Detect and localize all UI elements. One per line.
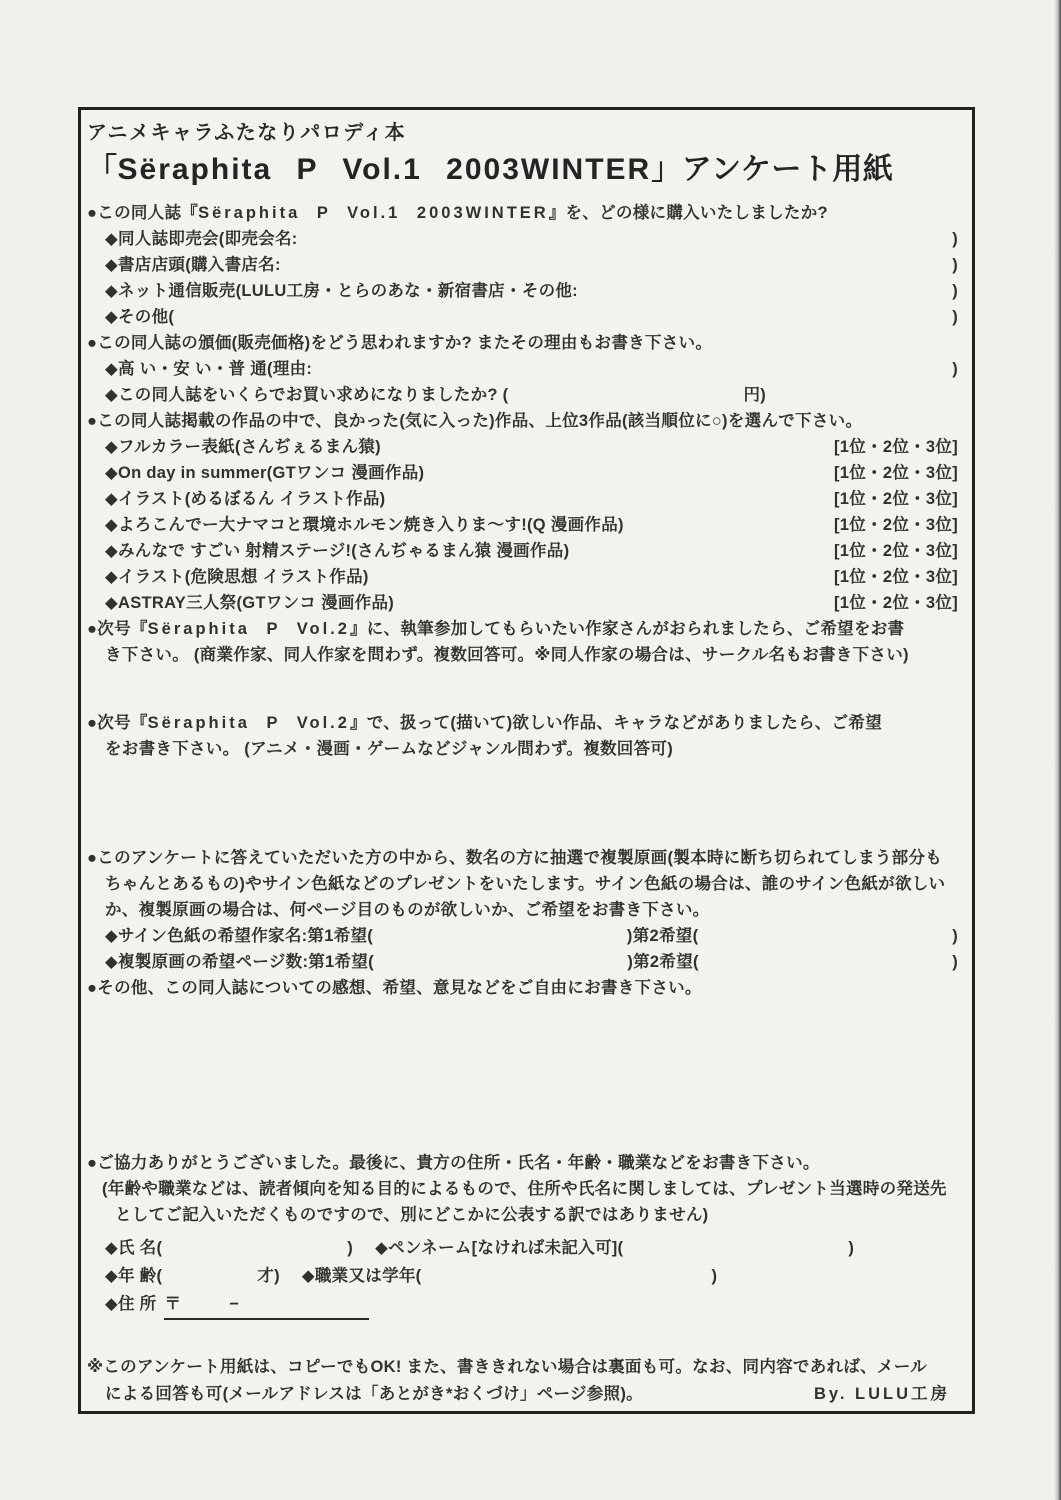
address-label: ◆住 所 — [105, 1295, 156, 1313]
q-next-works-line2: をお書き下さい。 (アニメ・漫画・ゲームなどジャンル問わず。複数回答可) — [87, 736, 958, 762]
q-present-line2: ちゃんとあるもの)やサイン色紙などのプレゼントをいたします。サイン色紙の場合は、… — [87, 871, 958, 897]
present-art-second: )第2希望( — [627, 949, 698, 975]
work-label: ◆よろこんでー大ナマコと環境ホルモン焼き入りま〜す!(Q 漫画作品) — [105, 512, 624, 538]
purchase-option-bookstore: ◆書店店頭(購入書店名: ) — [87, 252, 958, 278]
header-small: アニメキャラふたなりパロディ本 — [87, 118, 958, 148]
option-close-paren: ) — [952, 252, 958, 278]
q-next-authors-latin: Sëraphita P Vol.2 — [148, 620, 350, 638]
q-price-question: ●この同人誌の頒価(販売価格)をどう思われますか? またその理由もお書き下さい。 — [87, 330, 958, 356]
present-art-label: ◆複製原画の希望ページ数:第1希望( — [105, 949, 374, 975]
price-choice-row: ◆高 い・安 い・普 通(理由: ) — [87, 356, 958, 382]
ranking-row-onday: ◆On day in summer(GTワンコ 漫画作品) [1位・2位・3位] — [87, 460, 958, 486]
price-paid-row: ◆この同人誌をいくらでお買い求めになりましたか? (円) — [87, 382, 958, 408]
option-label: ◆書店店頭(購入書店名: — [105, 252, 281, 278]
write-in-blank — [623, 1252, 848, 1253]
write-in-blank — [508, 399, 743, 400]
ranking-row-illust-meruborun: ◆イラスト(めるぼるん イラスト作品) [1位・2位・3位] — [87, 486, 958, 512]
price-choice-close-paren: ) — [952, 356, 958, 382]
q-purchase-latin: Sëraphita P Vol.1 2003WINTER — [198, 204, 549, 222]
postal-code-blank — [239, 1290, 369, 1318]
privacy-note-line1: (年齢や職業などは、読者傾向を知る目的によるもので、住所や氏名に関しましては、プ… — [87, 1176, 958, 1202]
purchase-option-mailorder: ◆ネット通信販売(LULU工房・とらのあな・新宿書店・その他: ) — [87, 278, 958, 304]
q-next-authors-line2: き下さい。 (商業作家、同人作家を問わず。複数回答可。※同人作家の場合は、サーク… — [87, 642, 958, 668]
personal-fields: ◆氏 名()◆ペンネーム[なければ未記入可]() ◆年 齢(才)◆職業又は学年(… — [87, 1234, 958, 1320]
option-label: ◆同人誌即売会(即売会名: — [105, 226, 298, 252]
q-next-authors-line1: ●次号『Sëraphita P Vol.2』に、執筆参加してもらいたい作家さんが… — [87, 616, 958, 642]
q-comments: ●その他、この同人誌についての感想、希望、意見などをご自由にお書き下さい。 — [87, 975, 958, 1001]
ranking-row-illust-kiken: ◆イラスト(危険思想 イラスト作品) [1位・2位・3位] — [87, 564, 958, 590]
postal-dash: − — [229, 1290, 239, 1318]
field-gap — [353, 1252, 375, 1253]
rank-options: [1位・2位・3位] — [834, 590, 958, 616]
work-label: ◆ASTRAY三人祭(GTワンコ 漫画作品) — [105, 590, 394, 616]
q-ranking-question: ●この同人誌掲載の作品の中で、良かった(気に入った)作品、上位3作品(該当順位に… — [87, 408, 958, 434]
option-label: ◆その他( — [105, 304, 174, 330]
present-sign-label: ◆サイン色紙の希望作家名:第1希望( — [105, 923, 373, 949]
present-sign-second: )第2希望( — [627, 923, 698, 949]
questionnaire-sheet: アニメキャラふたなりパロディ本 「Sëraphita P Vol.1 2003W… — [78, 107, 975, 1414]
q-present-line1: ●このアンケートに答えていただいた方の中から、数名の方に抽選で複製原画(製本時に… — [87, 845, 958, 871]
rank-options: [1位・2位・3位] — [834, 538, 958, 564]
field-gap — [280, 1280, 302, 1281]
q-purchase-post: 』を、どの様に購入いたしましたか? — [549, 204, 828, 222]
answer-space — [87, 668, 958, 710]
age-unit: 才) — [257, 1267, 280, 1285]
present-sign-row: ◆サイン色紙の希望作家名:第1希望( )第2希望( ) — [87, 923, 958, 949]
price-choice-label: ◆高 い・安 い・普 通(理由: — [105, 356, 312, 382]
ranking-row-namako: ◆よろこんでー大ナマコと環境ホルモン焼き入りま〜す!(Q 漫画作品) [1位・2… — [87, 512, 958, 538]
work-label: ◆イラスト(めるぼるん イラスト作品) — [105, 486, 385, 512]
present-art-close-paren: ) — [952, 949, 958, 975]
work-label: ◆みんなで すごい 射精ステージ!(さんぢゃるまん猿 漫画作品) — [105, 538, 569, 564]
q-next-works-pre: ●次号『 — [87, 714, 148, 732]
purchase-option-other: ◆その他( ) — [87, 304, 958, 330]
title-suffix: 」アンケート用紙 — [651, 153, 893, 186]
ranking-row-stage: ◆みんなで すごい 射精ステージ!(さんぢゃるまん猿 漫画作品) [1位・2位・… — [87, 538, 958, 564]
title-latin: Sëraphita P Vol.1 2003WINTER — [118, 153, 652, 186]
present-sign-close-paren: ) — [952, 923, 958, 949]
present-art-row: ◆複製原画の希望ページ数:第1希望( )第2希望( ) — [87, 949, 958, 975]
age-label: ◆年 齢( — [105, 1267, 162, 1285]
answer-space — [87, 762, 958, 845]
q-present-line3: か、複製原画の場合は、何ページ目のものが欲しいか、ご希望をお書き下さい。 — [87, 897, 958, 923]
name-row: ◆氏 名()◆ペンネーム[なければ未記入可]() — [87, 1234, 958, 1262]
rank-options: [1位・2位・3位] — [834, 486, 958, 512]
footer-line2-text: による回答も可(メールアドレスは「あとがき*おくづけ」ページ参照)。 — [105, 1381, 643, 1408]
byline: By. LULU工房 — [814, 1381, 958, 1408]
title-open-quote: 「 — [87, 153, 118, 186]
footer-line1: ※このアンケート用紙は、コピーでもOK! また、書ききれない場合は裏面も可。なお… — [87, 1354, 958, 1381]
write-in-blank — [162, 1252, 347, 1253]
q-next-authors-pre: ●次号『 — [87, 620, 148, 638]
scan-edge-shadow — [1054, 0, 1061, 1500]
option-close-paren: ) — [952, 304, 958, 330]
rank-options: [1位・2位・3位] — [834, 512, 958, 538]
footer-note: ※このアンケート用紙は、コピーでもOK! また、書ききれない場合は裏面も可。なお… — [87, 1354, 958, 1408]
work-label: ◆フルカラー表紙(さんぢぇるまん猿) — [105, 434, 381, 460]
price-paid-unit: 円) — [743, 386, 766, 404]
q-purchase-question: ●この同人誌『Sëraphita P Vol.1 2003WINTER』を、どの… — [87, 200, 958, 226]
work-label: ◆イラスト(危険思想 イラスト作品) — [105, 564, 369, 590]
privacy-note-line2: としてご記入いただくものですので、別にどこかに公表する訳ではありません) — [87, 1202, 958, 1228]
postal-mark: 〒 — [164, 1290, 181, 1318]
address-row: ◆住 所〒− — [87, 1290, 958, 1320]
name-label: ◆氏 名( — [105, 1239, 162, 1257]
job-label: ◆職業又は学年( — [302, 1267, 422, 1285]
job-close-paren: ) — [711, 1267, 717, 1285]
option-close-paren: ) — [952, 226, 958, 252]
sheet-title: 「Sëraphita P Vol.1 2003WINTER」アンケート用紙 — [87, 148, 958, 192]
write-in-blank — [421, 1280, 711, 1281]
option-close-paren: ) — [952, 278, 958, 304]
rank-options: [1位・2位・3位] — [834, 434, 958, 460]
purchase-option-event: ◆同人誌即売会(即売会名: ) — [87, 226, 958, 252]
name-close-paren: ) — [347, 1239, 353, 1257]
q-next-authors-post: 』に、執筆参加してもらいたい作家さんがおられましたら、ご希望をお書 — [350, 620, 904, 638]
thanks-line: ●ご協力ありがとうございました。最後に、貴方の住所・氏名・年齢・職業などをお書き… — [87, 1150, 958, 1176]
option-label: ◆ネット通信販売(LULU工房・とらのあな・新宿書店・その他: — [105, 278, 578, 304]
ranking-row-astray: ◆ASTRAY三人祭(GTワンコ 漫画作品) [1位・2位・3位] — [87, 590, 958, 616]
postal-underline: 〒− — [164, 1290, 369, 1320]
q-next-works-post: 』で、扱って(描いて)欲しい作品、キャラなどがありましたら、ご希望 — [350, 714, 882, 732]
ranking-row-cover: ◆フルカラー表紙(さんぢぇるまん猿) [1位・2位・3位] — [87, 434, 958, 460]
postal-code-blank — [181, 1290, 229, 1318]
work-label: ◆On day in summer(GTワンコ 漫画作品) — [105, 460, 424, 486]
penname-close-paren: ) — [848, 1239, 854, 1257]
q-next-works-line1: ●次号『Sëraphita P Vol.2』で、扱って(描いて)欲しい作品、キャ… — [87, 710, 958, 736]
write-in-blank — [162, 1280, 257, 1281]
scanned-page: アニメキャラふたなりパロディ本 「Sëraphita P Vol.1 2003W… — [0, 0, 1061, 1500]
bottom-space — [87, 1320, 958, 1354]
q-next-works-latin: Sëraphita P Vol.2 — [148, 714, 350, 732]
price-paid-label: ◆この同人誌をいくらでお買い求めになりましたか? ( — [105, 386, 508, 404]
penname-label: ◆ペンネーム[なければ未記入可]( — [375, 1239, 623, 1257]
q-purchase-pre: ●この同人誌『 — [87, 204, 198, 222]
comments-space — [87, 1001, 958, 1150]
rank-options: [1位・2位・3位] — [834, 564, 958, 590]
age-row: ◆年 齢(才)◆職業又は学年() — [87, 1262, 958, 1290]
footer-line2: による回答も可(メールアドレスは「あとがき*おくづけ」ページ参照)。 By. L… — [87, 1381, 958, 1408]
rank-options: [1位・2位・3位] — [834, 460, 958, 486]
